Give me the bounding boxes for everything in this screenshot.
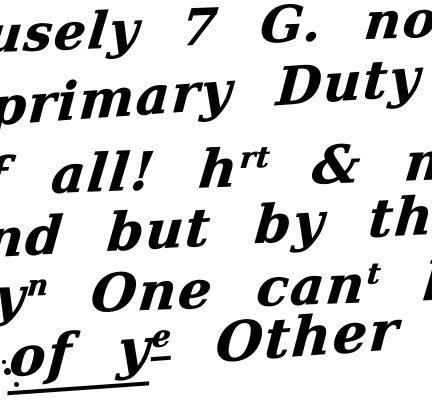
handwriting-text: of y [7,315,153,395]
ink-speck [2,360,6,364]
superscript-text: rt [238,140,272,175]
ink-speck [4,368,11,375]
manuscript-page: usely 7 G. not kprimary Duty off all! hr… [0,0,432,406]
ink-speck [14,382,19,387]
